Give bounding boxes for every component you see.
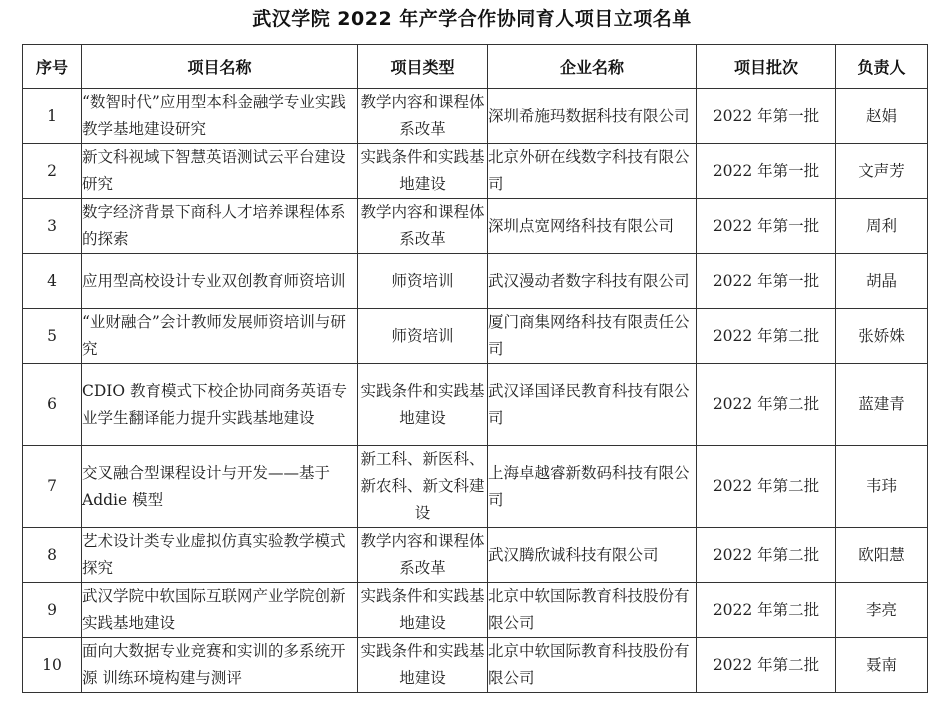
- cell-no: 7: [23, 446, 82, 528]
- cell-batch: 2022 年第一批: [697, 254, 836, 309]
- cell-company: 北京外研在线数字科技有限公司: [488, 144, 697, 199]
- column-header-no: 序号: [23, 45, 82, 89]
- cell-no: 9: [23, 583, 82, 638]
- cell-no: 8: [23, 528, 82, 583]
- cell-batch: 2022 年第一批: [697, 199, 836, 254]
- cell-no: 6: [23, 364, 82, 446]
- cell-batch: 2022 年第二批: [697, 446, 836, 528]
- table-row: 9 武汉学院中软国际互联网产业学院创新实践基地建设 实践条件和实践基地建设 北京…: [23, 583, 928, 638]
- cell-project-type: 教学内容和课程体系改革: [358, 528, 488, 583]
- table-row: 2 新文科视域下智慧英语测试云平台建设研究 实践条件和实践基地建设 北京外研在线…: [23, 144, 928, 199]
- table-row: 7 交叉融合型课程设计与开发——基于 Addie 模型 新工科、新医科、新农科、…: [23, 446, 928, 528]
- column-header-name: 项目名称: [82, 45, 358, 89]
- cell-company: 武汉译国译民教育科技有限公司: [488, 364, 697, 446]
- cell-batch: 2022 年第一批: [697, 89, 836, 144]
- table-row: 10 面向大数据专业竞赛和实训的多系统开源 训练环境构建与测评 实践条件和实践基…: [23, 638, 928, 693]
- cell-leader: 赵娟: [836, 89, 928, 144]
- cell-project-name: “数智时代”应用型本科金融学专业实践教学基地建设研究: [82, 89, 358, 144]
- cell-company: 北京中软国际教育科技股份有限公司: [488, 638, 697, 693]
- column-header-type: 项目类型: [358, 45, 488, 89]
- cell-company: 上海卓越睿新数码科技有限公司: [488, 446, 697, 528]
- cell-project-name: 面向大数据专业竞赛和实训的多系统开源 训练环境构建与测评: [82, 638, 358, 693]
- cell-project-type: 实践条件和实践基地建设: [358, 638, 488, 693]
- cell-company: 武汉腾欣诚科技有限公司: [488, 528, 697, 583]
- cell-project-type: 师资培训: [358, 254, 488, 309]
- table-row: 1 “数智时代”应用型本科金融学专业实践教学基地建设研究 教学内容和课程体系改革…: [23, 89, 928, 144]
- cell-company: 深圳点宽网络科技有限公司: [488, 199, 697, 254]
- cell-project-name: 艺术设计类专业虚拟仿真实验教学模式探究: [82, 528, 358, 583]
- cell-project-name: 武汉学院中软国际互联网产业学院创新实践基地建设: [82, 583, 358, 638]
- cell-leader: 蓝建青: [836, 364, 928, 446]
- cell-no: 4: [23, 254, 82, 309]
- cell-project-name: 新文科视域下智慧英语测试云平台建设研究: [82, 144, 358, 199]
- cell-leader: 聂南: [836, 638, 928, 693]
- table-row: 3 数字经济背景下商科人才培养课程体系的探索 教学内容和课程体系改革 深圳点宽网…: [23, 199, 928, 254]
- cell-leader: 文声芳: [836, 144, 928, 199]
- table-row: 4 应用型高校设计专业双创教育师资培训 师资培训 武汉漫动者数字科技有限公司 2…: [23, 254, 928, 309]
- cell-company: 北京中软国际教育科技股份有限公司: [488, 583, 697, 638]
- cell-leader: 周利: [836, 199, 928, 254]
- cell-project-type: 师资培训: [358, 309, 488, 364]
- cell-leader: 胡晶: [836, 254, 928, 309]
- document-title: 武汉学院 2022 年产学合作协同育人项目立项名单: [0, 6, 944, 32]
- cell-batch: 2022 年第二批: [697, 364, 836, 446]
- cell-leader: 韦玮: [836, 446, 928, 528]
- cell-project-type: 实践条件和实践基地建设: [358, 144, 488, 199]
- cell-no: 5: [23, 309, 82, 364]
- cell-batch: 2022 年第一批: [697, 144, 836, 199]
- cell-project-name: CDIO 教育模式下校企协同商务英语专业学生翻译能力提升实践基地建设: [82, 364, 358, 446]
- table-header-row: 序号 项目名称 项目类型 企业名称 项目批次 负责人: [23, 45, 928, 89]
- cell-no: 1: [23, 89, 82, 144]
- cell-company: 厦门商集网络科技有限责任公司: [488, 309, 697, 364]
- cell-leader: 李亮: [836, 583, 928, 638]
- cell-project-type: 教学内容和课程体系改革: [358, 89, 488, 144]
- table-row: 5 “业财融合”会计教师发展师资培训与研究 师资培训 厦门商集网络科技有限责任公…: [23, 309, 928, 364]
- cell-project-name: 应用型高校设计专业双创教育师资培训: [82, 254, 358, 309]
- cell-project-type: 新工科、新医科、新农科、新文科建设: [358, 446, 488, 528]
- column-header-leader: 负责人: [836, 45, 928, 89]
- cell-leader: 欧阳慧: [836, 528, 928, 583]
- cell-no: 2: [23, 144, 82, 199]
- column-header-company: 企业名称: [488, 45, 697, 89]
- cell-no: 3: [23, 199, 82, 254]
- cell-project-name: “业财融合”会计教师发展师资培训与研究: [82, 309, 358, 364]
- cell-batch: 2022 年第二批: [697, 583, 836, 638]
- cell-company: 深圳希施玛数据科技有限公司: [488, 89, 697, 144]
- table-row: 8 艺术设计类专业虚拟仿真实验教学模式探究 教学内容和课程体系改革 武汉腾欣诚科…: [23, 528, 928, 583]
- cell-leader: 张娇姝: [836, 309, 928, 364]
- cell-company: 武汉漫动者数字科技有限公司: [488, 254, 697, 309]
- cell-project-name: 交叉融合型课程设计与开发——基于 Addie 模型: [82, 446, 358, 528]
- table-row: 6 CDIO 教育模式下校企协同商务英语专业学生翻译能力提升实践基地建设 实践条…: [23, 364, 928, 446]
- cell-batch: 2022 年第二批: [697, 528, 836, 583]
- column-header-batch: 项目批次: [697, 45, 836, 89]
- cell-no: 10: [23, 638, 82, 693]
- cell-project-type: 实践条件和实践基地建设: [358, 583, 488, 638]
- project-list-table: 序号 项目名称 项目类型 企业名称 项目批次 负责人 1 “数智时代”应用型本科…: [22, 44, 928, 693]
- cell-batch: 2022 年第二批: [697, 309, 836, 364]
- cell-project-type: 教学内容和课程体系改革: [358, 199, 488, 254]
- cell-batch: 2022 年第二批: [697, 638, 836, 693]
- cell-project-name: 数字经济背景下商科人才培养课程体系的探索: [82, 199, 358, 254]
- cell-project-type: 实践条件和实践基地建设: [358, 364, 488, 446]
